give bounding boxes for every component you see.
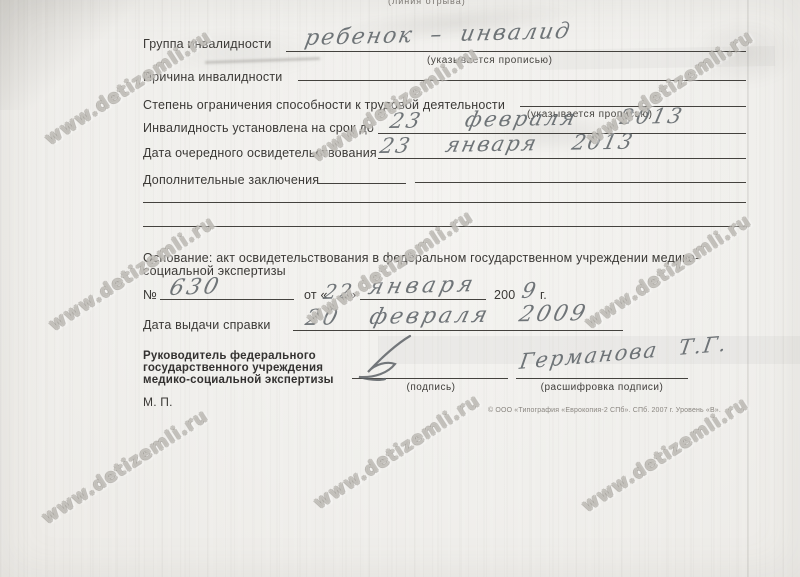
reexam-line <box>378 158 746 159</box>
basis-text-line1: Основание: акт освидетельствования в фед… <box>143 252 699 265</box>
day-handwritten-value: 22 <box>322 281 356 302</box>
blank-line-1 <box>143 202 746 203</box>
extra-line-b <box>415 182 746 183</box>
reexam-label: Дата очередного освидетельствования <box>143 147 377 160</box>
watermark: www.detizemli.ru <box>38 405 212 528</box>
group-hint: (указывается прописью) <box>427 56 553 66</box>
watermark: www.detizemli.ru <box>581 210 755 333</box>
printer-note: © ООО «Типография «Еврокопия-2 СПб». СПб… <box>488 407 721 414</box>
stamp-label: М. П. <box>143 396 173 408</box>
reexam-handwritten-value: 23 января 2013 <box>378 131 636 157</box>
pencil-dash-smudge <box>205 57 320 64</box>
cause-line <box>298 80 746 81</box>
head-title-line2: государственного учреждения <box>143 363 323 375</box>
head-title-line1: Руководитель федерального <box>143 351 316 363</box>
blank-line-2 <box>143 226 746 227</box>
extra-label: Дополнительные заключения <box>143 174 319 187</box>
issue-label: Дата выдачи справки <box>143 319 271 332</box>
year-suffix: г. <box>540 289 547 302</box>
number-sign: № <box>143 288 157 301</box>
name-line <box>516 378 688 379</box>
cause-label: Причина инвалидности <box>143 71 282 84</box>
month-handwritten-value: января <box>366 274 479 299</box>
year-handwritten-value: 9 <box>520 280 537 302</box>
group-label: Группа инвалидности <box>143 38 272 51</box>
term-label: Инвалидность установлена на срок до <box>143 122 374 135</box>
scanner-corner-shadow <box>0 0 150 110</box>
signature-name-handwritten: Германова Т.Г. <box>518 333 729 373</box>
group-line <box>286 51 746 52</box>
tear-line-label: (линия отрыва) <box>388 0 466 6</box>
name-caption: (расшифровка подписи) <box>516 383 688 393</box>
group-handwritten-value: ребенок – инвалид <box>303 21 573 50</box>
issue-handwritten-value: 20 февраля 2009 <box>303 303 590 330</box>
scan-gray-band <box>540 46 775 70</box>
scanned-certificate-page: (линия отрыва) Группа инвалидности ребен… <box>0 0 800 577</box>
paper-fold-line <box>747 0 749 577</box>
year-printed: 200 <box>494 289 515 302</box>
signature-stroke <box>344 333 420 383</box>
number-handwritten-value: 630 <box>167 276 224 300</box>
extra-line-a <box>318 183 406 184</box>
watermark: www.detizemli.ru <box>310 390 484 513</box>
term-handwritten-value: 23 февраля 2013 <box>388 106 686 132</box>
head-title-line3: медико-социальной экспертизы <box>143 375 334 387</box>
signature-caption: (подпись) <box>378 383 484 393</box>
pencil-smudge <box>690 18 800 88</box>
